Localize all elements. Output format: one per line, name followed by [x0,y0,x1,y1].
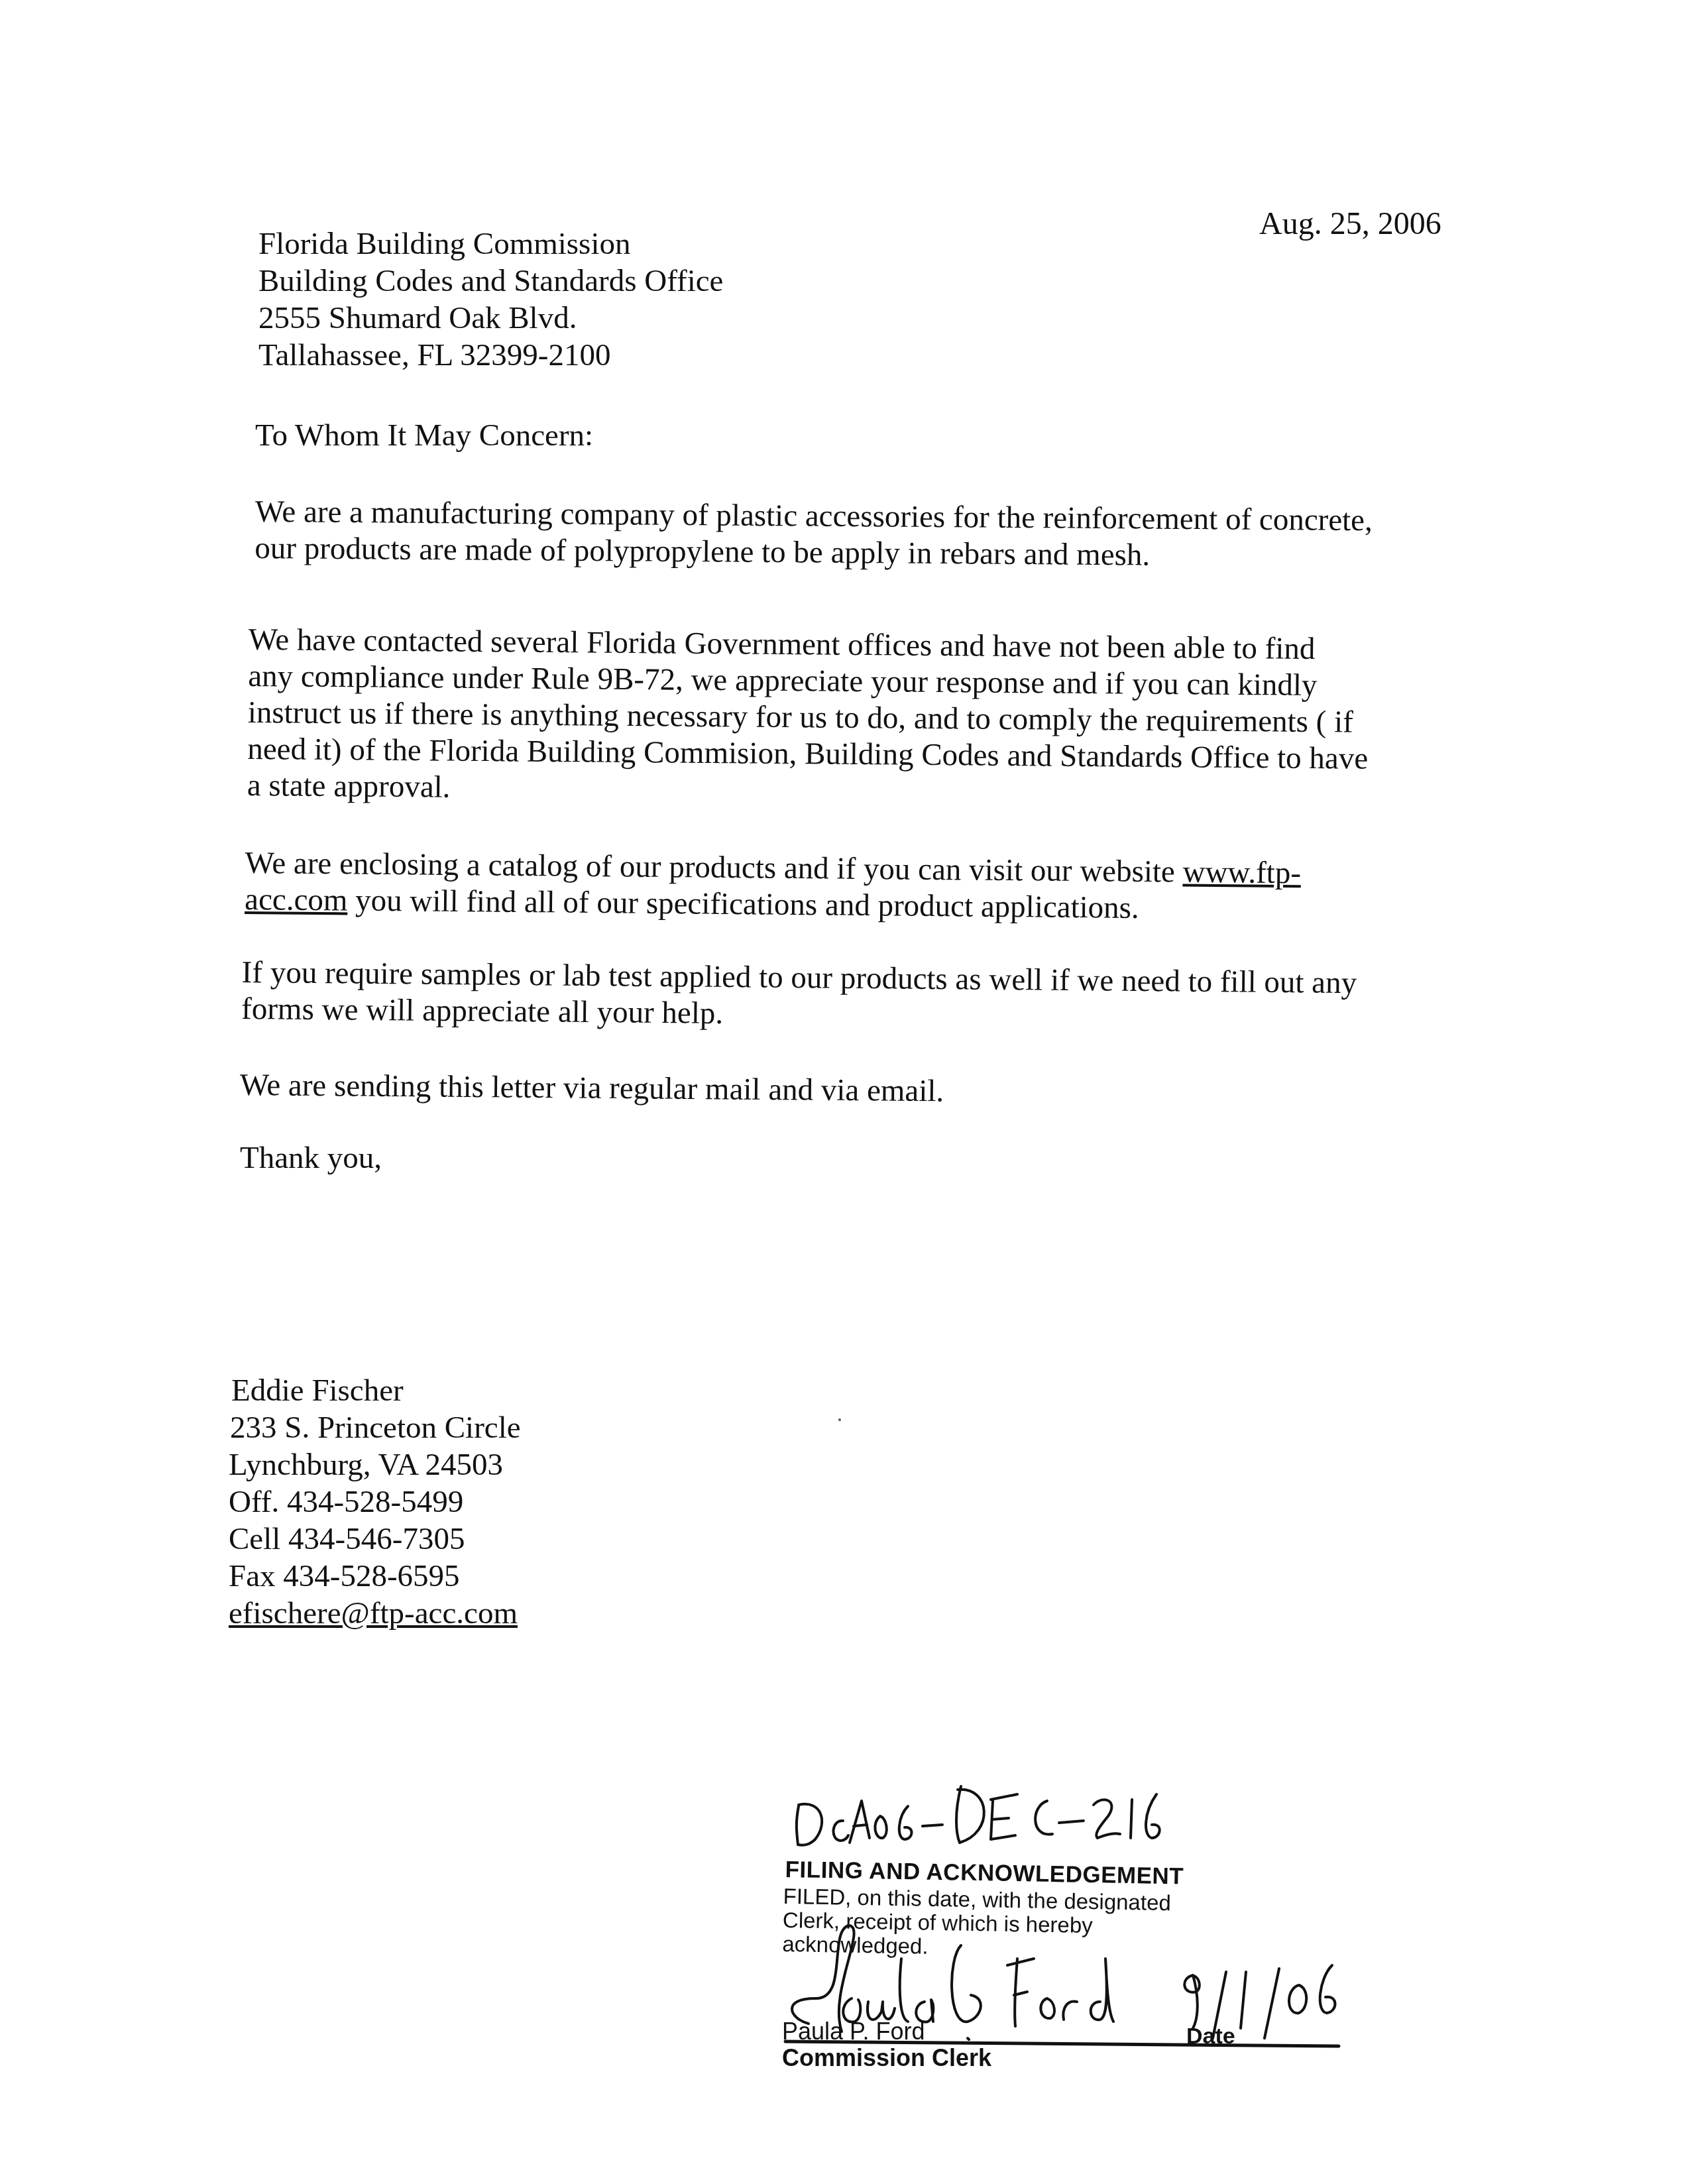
paragraph-text: you will find all of our specifications … [347,883,1139,925]
sender-street: 233 S. Princeton Circle [230,1409,521,1446]
date-label: Date [1186,2024,1235,2049]
recipient-street: 2555 Shumard Oak Blvd. [258,300,723,337]
filing-stamp: FILING AND ACKNOWLEDGEMENT FILED, on thi… [769,1760,1365,2131]
paragraph-catalog: We are enclosing a catalog of our produc… [245,845,1301,928]
sender-fax: Fax 434-528-6595 [229,1558,521,1595]
recipient-office: Building Codes and Standards Office [258,262,723,300]
sender-email-link[interactable]: efischere@ftp-acc.com [229,1595,521,1632]
sender-cell-phone: Cell 434-546-7305 [229,1521,521,1558]
salutation: To Whom It May Concern: [255,418,593,453]
recipient-address: Florida Building Commission Building Cod… [258,225,723,374]
paragraph-compliance: We have contacted several Florida Govern… [247,622,1369,814]
paragraph-delivery: We are sending this letter via regular m… [240,1067,944,1110]
website-link[interactable]: www.ftp- [1182,855,1301,891]
clerk-title: Commission Clerk [782,2045,991,2071]
recipient-org: Florida Building Commission [258,225,723,262]
letter-date: Aug. 25, 2006 [1259,205,1441,242]
sender-block: Eddie Fischer 233 S. Princeton Circle Ly… [229,1372,521,1632]
recipient-city: Tallahassee, FL 32399-2100 [258,337,723,374]
sender-office-phone: Off. 434-528-5499 [229,1483,521,1521]
sender-name: Eddie Fischer [231,1372,521,1409]
clerk-name: Paula P. Ford [782,2018,991,2045]
sender-city: Lynchburg, VA 24503 [229,1446,521,1483]
scan-speck [838,1418,841,1421]
closing: Thank you, [240,1140,382,1177]
paragraph-samples: If you require samples or lab test appli… [241,954,1357,1038]
paragraph-intro: We are a manufacturing company of plasti… [254,494,1373,575]
stamp-body: FILED, on this date, with the designated… [782,1884,1171,1963]
website-link-continued[interactable]: acc.com [245,882,348,917]
clerk-block: Paula P. Ford Commission Clerk [782,2018,991,2071]
